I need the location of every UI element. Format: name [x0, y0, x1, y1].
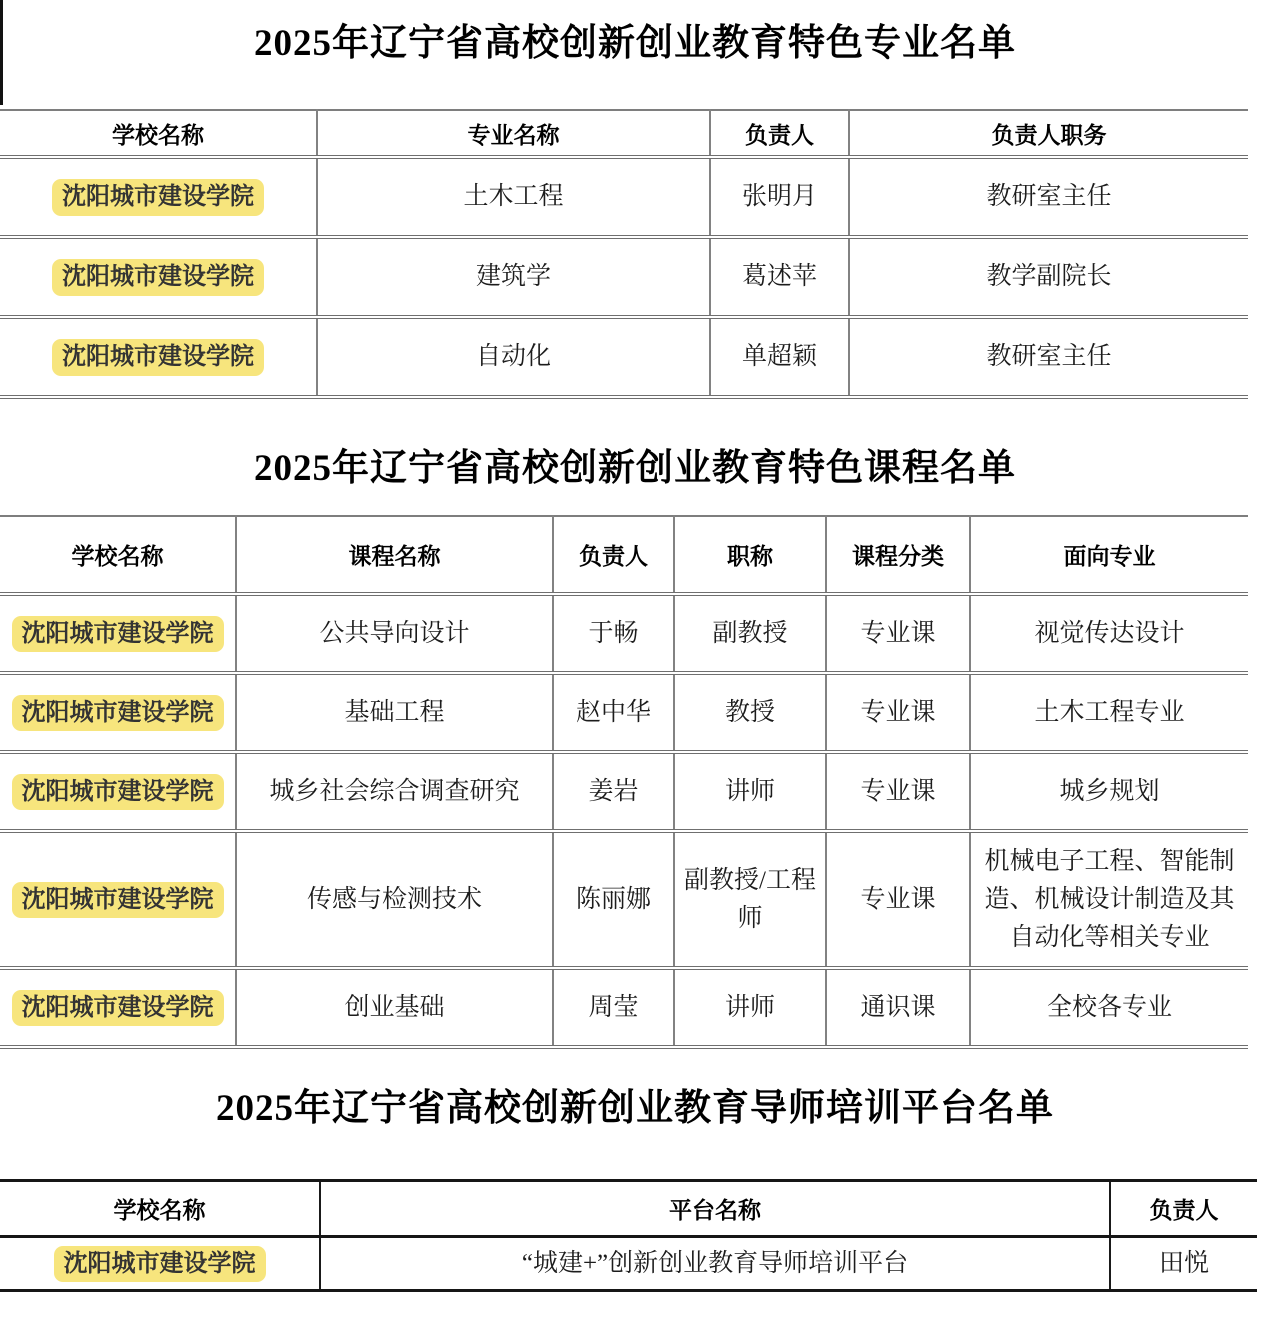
- column-header: 负责人: [553, 516, 674, 594]
- table-row: 沈阳城市建设学院“城建+”创新创业教育导师培训平台田悦: [0, 1237, 1257, 1291]
- header-row: 学校名称课程名称负责人职称课程分类面向专业: [0, 516, 1248, 594]
- school-cell: 沈阳城市建设学院: [0, 968, 236, 1047]
- data-cell: 副教授: [674, 594, 826, 673]
- table-row: 沈阳城市建设学院自动化单超颖教研室主任: [0, 317, 1248, 397]
- data-cell: 土木工程专业: [970, 673, 1248, 752]
- data-cell: 教学副院长: [849, 237, 1248, 317]
- data-cell: 讲师: [674, 752, 826, 831]
- data-cell: 城乡规划: [970, 752, 1248, 831]
- column-header: 职称: [674, 516, 826, 594]
- courses-title: 2025年辽宁省高校创新创业教育特色课程名单: [0, 447, 1270, 491]
- table-row: 沈阳城市建设学院城乡社会综合调查研究姜岩讲师专业课城乡规划: [0, 752, 1248, 831]
- school-cell: 沈阳城市建设学院: [0, 831, 236, 968]
- school-cell: 沈阳城市建设学院: [0, 157, 317, 237]
- school-name-highlight: 沈阳城市建设学院: [52, 259, 264, 295]
- school-cell: 沈阳城市建设学院: [0, 237, 317, 317]
- school-cell: 沈阳城市建设学院: [0, 317, 317, 397]
- header-row: 学校名称专业名称负责人负责人职务: [0, 110, 1248, 157]
- school-name-highlight: 沈阳城市建设学院: [12, 616, 224, 652]
- school-cell: 沈阳城市建设学院: [0, 1237, 320, 1291]
- column-header: 专业名称: [317, 110, 710, 157]
- data-cell: 专业课: [826, 752, 970, 831]
- majors-section: 2025年辽宁省高校创新创业教育特色专业名单 学校名称专业名称负责人负责人职务沈…: [0, 22, 1270, 399]
- column-header: 负责人职务: [849, 110, 1248, 157]
- platforms-section: 2025年辽宁省高校创新创业教育导师培训平台名单 学校名称平台名称负责人沈阳城市…: [0, 1087, 1270, 1292]
- column-header: 课程名称: [236, 516, 553, 594]
- data-cell: 公共导向设计: [236, 594, 553, 673]
- school-name-highlight: 沈阳城市建设学院: [54, 1246, 266, 1282]
- school-cell: 沈阳城市建设学院: [0, 673, 236, 752]
- platforms-table: 学校名称平台名称负责人沈阳城市建设学院“城建+”创新创业教育导师培训平台田悦: [0, 1179, 1257, 1292]
- school-name-highlight: 沈阳城市建设学院: [12, 990, 224, 1026]
- data-cell: 葛述苹: [710, 237, 849, 317]
- school-name-highlight: 沈阳城市建设学院: [52, 339, 264, 375]
- column-header: 学校名称: [0, 1181, 320, 1237]
- column-header: 面向专业: [970, 516, 1248, 594]
- column-header: 学校名称: [0, 110, 317, 157]
- school-name-highlight: 沈阳城市建设学院: [52, 179, 264, 215]
- column-header: 负责人: [1110, 1181, 1257, 1237]
- data-cell: 周莹: [553, 968, 674, 1047]
- data-cell: 建筑学: [317, 237, 710, 317]
- data-cell: 传感与检测技术: [236, 831, 553, 968]
- school-cell: 沈阳城市建设学院: [0, 594, 236, 673]
- column-header: 负责人: [710, 110, 849, 157]
- data-cell: 副教授/工程师: [674, 831, 826, 968]
- data-cell: 陈丽娜: [553, 831, 674, 968]
- school-name-highlight: 沈阳城市建设学院: [12, 882, 224, 918]
- data-cell: 教研室主任: [849, 317, 1248, 397]
- table-row: 沈阳城市建设学院公共导向设计于畅副教授专业课视觉传达设计: [0, 594, 1248, 673]
- data-cell: 于畅: [553, 594, 674, 673]
- data-cell: 专业课: [826, 594, 970, 673]
- majors-table: 学校名称专业名称负责人负责人职务沈阳城市建设学院土木工程张明月教研室主任沈阳城市…: [0, 109, 1248, 399]
- school-name-highlight: 沈阳城市建设学院: [12, 695, 224, 731]
- school-name-highlight: 沈阳城市建设学院: [12, 774, 224, 810]
- data-cell: 讲师: [674, 968, 826, 1047]
- data-cell: 全校各专业: [970, 968, 1248, 1047]
- column-header: 学校名称: [0, 516, 236, 594]
- data-cell: 通识课: [826, 968, 970, 1047]
- data-cell: 视觉传达设计: [970, 594, 1248, 673]
- data-cell: 基础工程: [236, 673, 553, 752]
- data-cell: 姜岩: [553, 752, 674, 831]
- data-cell: “城建+”创新创业教育导师培训平台: [320, 1237, 1110, 1291]
- data-cell: 田悦: [1110, 1237, 1257, 1291]
- data-cell: 专业课: [826, 673, 970, 752]
- courses-table: 学校名称课程名称负责人职称课程分类面向专业沈阳城市建设学院公共导向设计于畅副教授…: [0, 515, 1248, 1049]
- data-cell: 土木工程: [317, 157, 710, 237]
- column-header: 课程分类: [826, 516, 970, 594]
- table-row: 沈阳城市建设学院建筑学葛述苹教学副院长: [0, 237, 1248, 317]
- data-cell: 专业课: [826, 831, 970, 968]
- table-row: 沈阳城市建设学院创业基础周莹讲师通识课全校各专业: [0, 968, 1248, 1047]
- column-header: 平台名称: [320, 1181, 1110, 1237]
- data-cell: 城乡社会综合调查研究: [236, 752, 553, 831]
- school-cell: 沈阳城市建设学院: [0, 752, 236, 831]
- table-row: 沈阳城市建设学院基础工程赵中华教授专业课土木工程专业: [0, 673, 1248, 752]
- data-cell: 教授: [674, 673, 826, 752]
- data-cell: 教研室主任: [849, 157, 1248, 237]
- data-cell: 自动化: [317, 317, 710, 397]
- table-row: 沈阳城市建设学院土木工程张明月教研室主任: [0, 157, 1248, 237]
- page-edge-line: [0, 0, 3, 105]
- data-cell: 创业基础: [236, 968, 553, 1047]
- header-row: 学校名称平台名称负责人: [0, 1181, 1257, 1237]
- majors-title: 2025年辽宁省高校创新创业教育特色专业名单: [0, 22, 1270, 66]
- data-cell: 赵中华: [553, 673, 674, 752]
- data-cell: 机械电子工程、智能制造、机械设计制造及其自动化等相关专业: [970, 831, 1248, 968]
- data-cell: 单超颖: [710, 317, 849, 397]
- table-row: 沈阳城市建设学院传感与检测技术陈丽娜副教授/工程师专业课机械电子工程、智能制造、…: [0, 831, 1248, 968]
- courses-section: 2025年辽宁省高校创新创业教育特色课程名单 学校名称课程名称负责人职称课程分类…: [0, 447, 1270, 1049]
- platforms-title: 2025年辽宁省高校创新创业教育导师培训平台名单: [0, 1087, 1270, 1131]
- data-cell: 张明月: [710, 157, 849, 237]
